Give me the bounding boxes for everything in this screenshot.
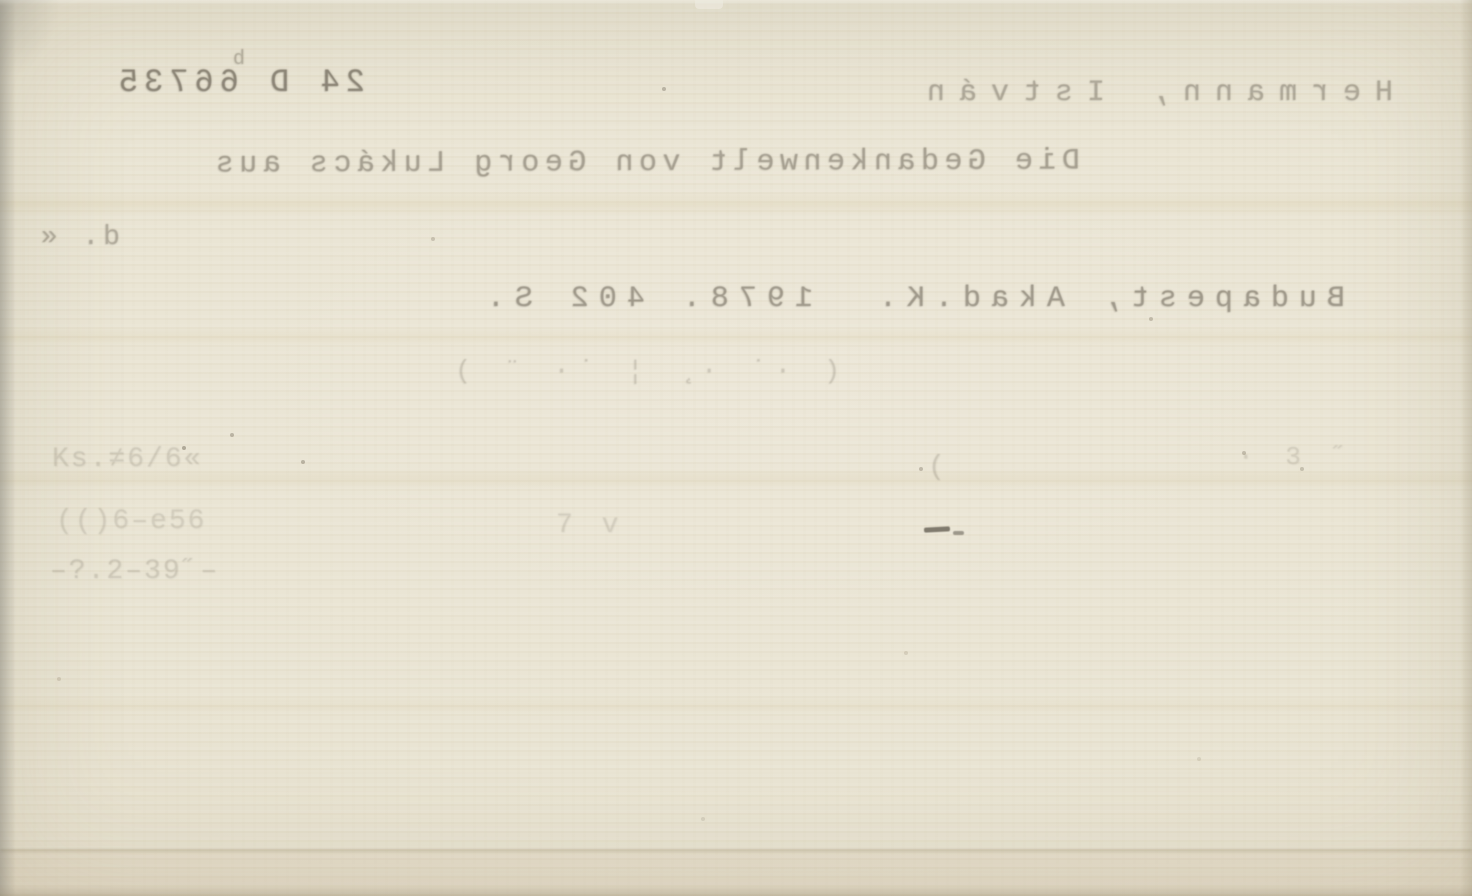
marginalia-call-number-2: (()6–e56 [56,506,326,537]
marginalia-right-mark: · 3 ˝ [1238,442,1348,472]
paper-streak-band [0,328,1472,346]
paper-streak-band [0,192,1472,216]
marginalia-fragment: 7 v [556,510,651,541]
scanned-catalog-card: 24 D 66735 b Hermann, István Die Gedanke… [0,0,1472,896]
paper-edge-notch [695,0,723,9]
author-heading-text: Hermann, István [885,76,1393,110]
scan-edge-right [1460,0,1472,896]
ink-dash-mark-small [953,531,964,535]
scan-corner-smudge [0,0,60,80]
paper-crease-line [0,849,1472,852]
ink-dash-mark [924,526,950,532]
marginalia-paren-mark: ( [928,452,958,483]
scan-edge-bottom [0,886,1472,896]
marginalia-call-number-3: –?.2–39˝– [50,556,240,587]
faint-note-traces: ( ·˙ ·¸ ¦ ˙· ¨ ) [540,356,840,386]
paper-streak-band [0,698,1472,714]
marginalia-call-number-1: Ks.≠6/6« [52,444,252,475]
title-text: Die Gedankenwelt von Georg Lukács aus [196,144,1080,181]
scan-edge-top [0,0,1472,6]
scan-edge-left [0,0,16,896]
superscript-mark: b [215,48,245,71]
title-continuation-fragment: d. « [50,222,120,253]
imprint-text: Budapest, Akad.K. 1978. 402 S. [440,282,1345,316]
